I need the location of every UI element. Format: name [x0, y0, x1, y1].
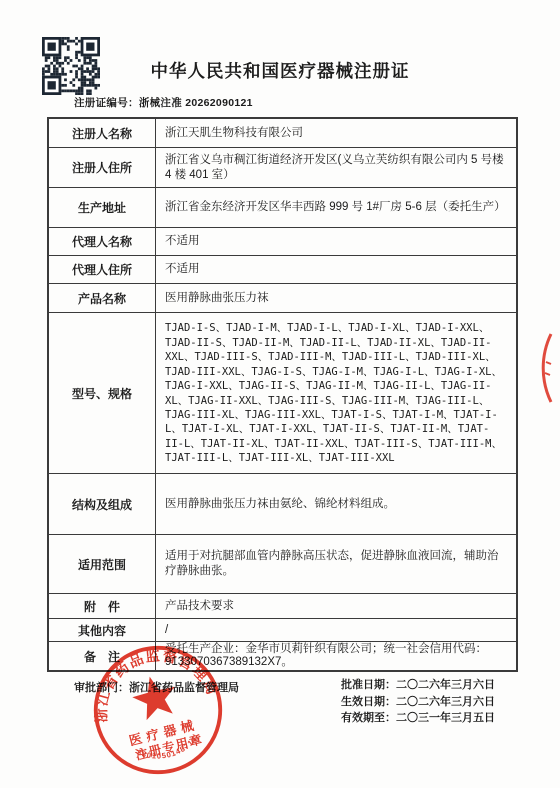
field-label-other-content: 其他内容 — [49, 619, 156, 641]
field-value-product-name: 医用静脉曲张压力袜 — [156, 284, 516, 312]
field-value-composition: 医用静脉曲张压力袜由氨纶、锦纶材料组成。 — [156, 474, 516, 534]
field-label-agent-address: 代理人住所 — [49, 256, 156, 283]
field-value-registrant-name: 浙江天肌生物科技有限公司 — [156, 119, 516, 147]
table-row: 附 件 产品技术要求 — [49, 593, 516, 618]
field-value-remarks: 受托生产企业：金华市贝莉针织有限公司；统一社会信用代码：913307036738… — [156, 642, 516, 670]
field-value-model-spec: TJAD-I-S、TJAD-I-M、TJAD-I-L、TJAD-I-XL、TJA… — [156, 313, 516, 473]
certificate-table: 注册人名称 浙江天肌生物科技有限公司 注册人住所 浙江省义乌市稠江街道经济开发区… — [47, 117, 518, 672]
field-label-registrant-name: 注册人名称 — [49, 119, 156, 147]
field-label-registrant-address: 注册人住所 — [49, 148, 156, 187]
table-row: 注册人住所 浙江省义乌市稠江街道经济开发区(义乌立芙纺织有限公司内 5 号楼 4… — [49, 147, 516, 187]
table-row: 代理人住所 不适用 — [49, 255, 516, 283]
page-title: 中华人民共和国医疗器械注册证 — [0, 58, 560, 83]
table-row: 结构及组成 医用静脉曲张压力袜由氨纶、锦纶材料组成。 — [49, 473, 516, 534]
field-label-intended-use: 适用范围 — [49, 535, 156, 593]
field-label-attachment: 附 件 — [49, 594, 156, 618]
cert-number-value: 浙械注准 20262090121 — [139, 97, 253, 109]
field-label-model-spec: 型号、规格 — [49, 313, 156, 473]
date-block: 批准日期：二〇二六年三月六日 生效日期：二〇二六年三月六日 有效期至：二〇三一年… — [341, 677, 495, 727]
table-row: 适用范围 适用于对抗腿部血管内静脉高压状态，促进静脉血液回流，辅助治疗静脉曲张。 — [49, 534, 516, 593]
partial-seal — [531, 331, 557, 405]
effective-date: 生效日期：二〇二六年三月六日 — [341, 694, 495, 711]
field-value-agent-name: 不适用 — [156, 228, 516, 255]
field-label-product-name: 产品名称 — [49, 284, 156, 312]
table-row: 型号、规格 TJAD-I-S、TJAD-I-M、TJAD-I-L、TJAD-I-… — [49, 312, 516, 473]
field-value-intended-use: 适用于对抗腿部血管内静脉高压状态，促进静脉血液回流，辅助治疗静脉曲张。 — [156, 535, 516, 593]
field-label-agent-name: 代理人名称 — [49, 228, 156, 255]
field-value-attachment: 产品技术要求 — [156, 594, 516, 618]
partial-seal-marks — [545, 362, 551, 375]
cert-number: 注册证编号：浙械注准 20262090121 — [74, 95, 253, 110]
field-value-agent-address: 不适用 — [156, 256, 516, 283]
field-label-remarks: 备 注 — [49, 642, 156, 670]
field-label-composition: 结构及组成 — [49, 474, 156, 534]
approval-department: 审批部门：浙江省药品监督管理局 — [74, 679, 239, 695]
approval-date: 批准日期：二〇二六年三月六日 — [341, 677, 495, 694]
table-row: 产品名称 医用静脉曲张压力袜 — [49, 283, 516, 312]
table-row: 代理人名称 不适用 — [49, 227, 516, 255]
table-row: 注册人名称 浙江天肌生物科技有限公司 — [49, 119, 516, 147]
field-value-production-address: 浙江省金东经济开发区华丰西路 999 号 1#厂房 5-6 层（委托生产） — [156, 188, 516, 227]
table-row: 备 注 受托生产企业：金华市贝莉针织有限公司；统一社会信用代码：91330703… — [49, 641, 516, 670]
seal-line2: 注册专用章 — [134, 731, 205, 762]
field-value-other-content: / — [156, 619, 516, 641]
field-label-production-address: 生产地址 — [49, 188, 156, 227]
seal-line1: 医疗器械 — [127, 717, 199, 749]
table-row: 其他内容 / — [49, 618, 516, 641]
field-value-registrant-address: 浙江省义乌市稠江街道经济开发区(义乌立芙纺织有限公司内 5 号楼 4 楼 401… — [156, 148, 516, 187]
certificate-page: 中华人民共和国医疗器械注册证 注册证编号：浙械注准 20262090121 注册… — [0, 0, 560, 788]
cert-number-label: 注册证编号： — [74, 97, 139, 109]
table-row: 生产地址 浙江省金东经济开发区华丰西路 999 号 1#厂房 5-6 层（委托生… — [49, 187, 516, 227]
expiry-date: 有效期至：二〇三一年三月五日 — [341, 710, 495, 727]
seal-serial: 3301050148714 — [134, 733, 202, 767]
partial-seal-arc — [543, 334, 551, 402]
